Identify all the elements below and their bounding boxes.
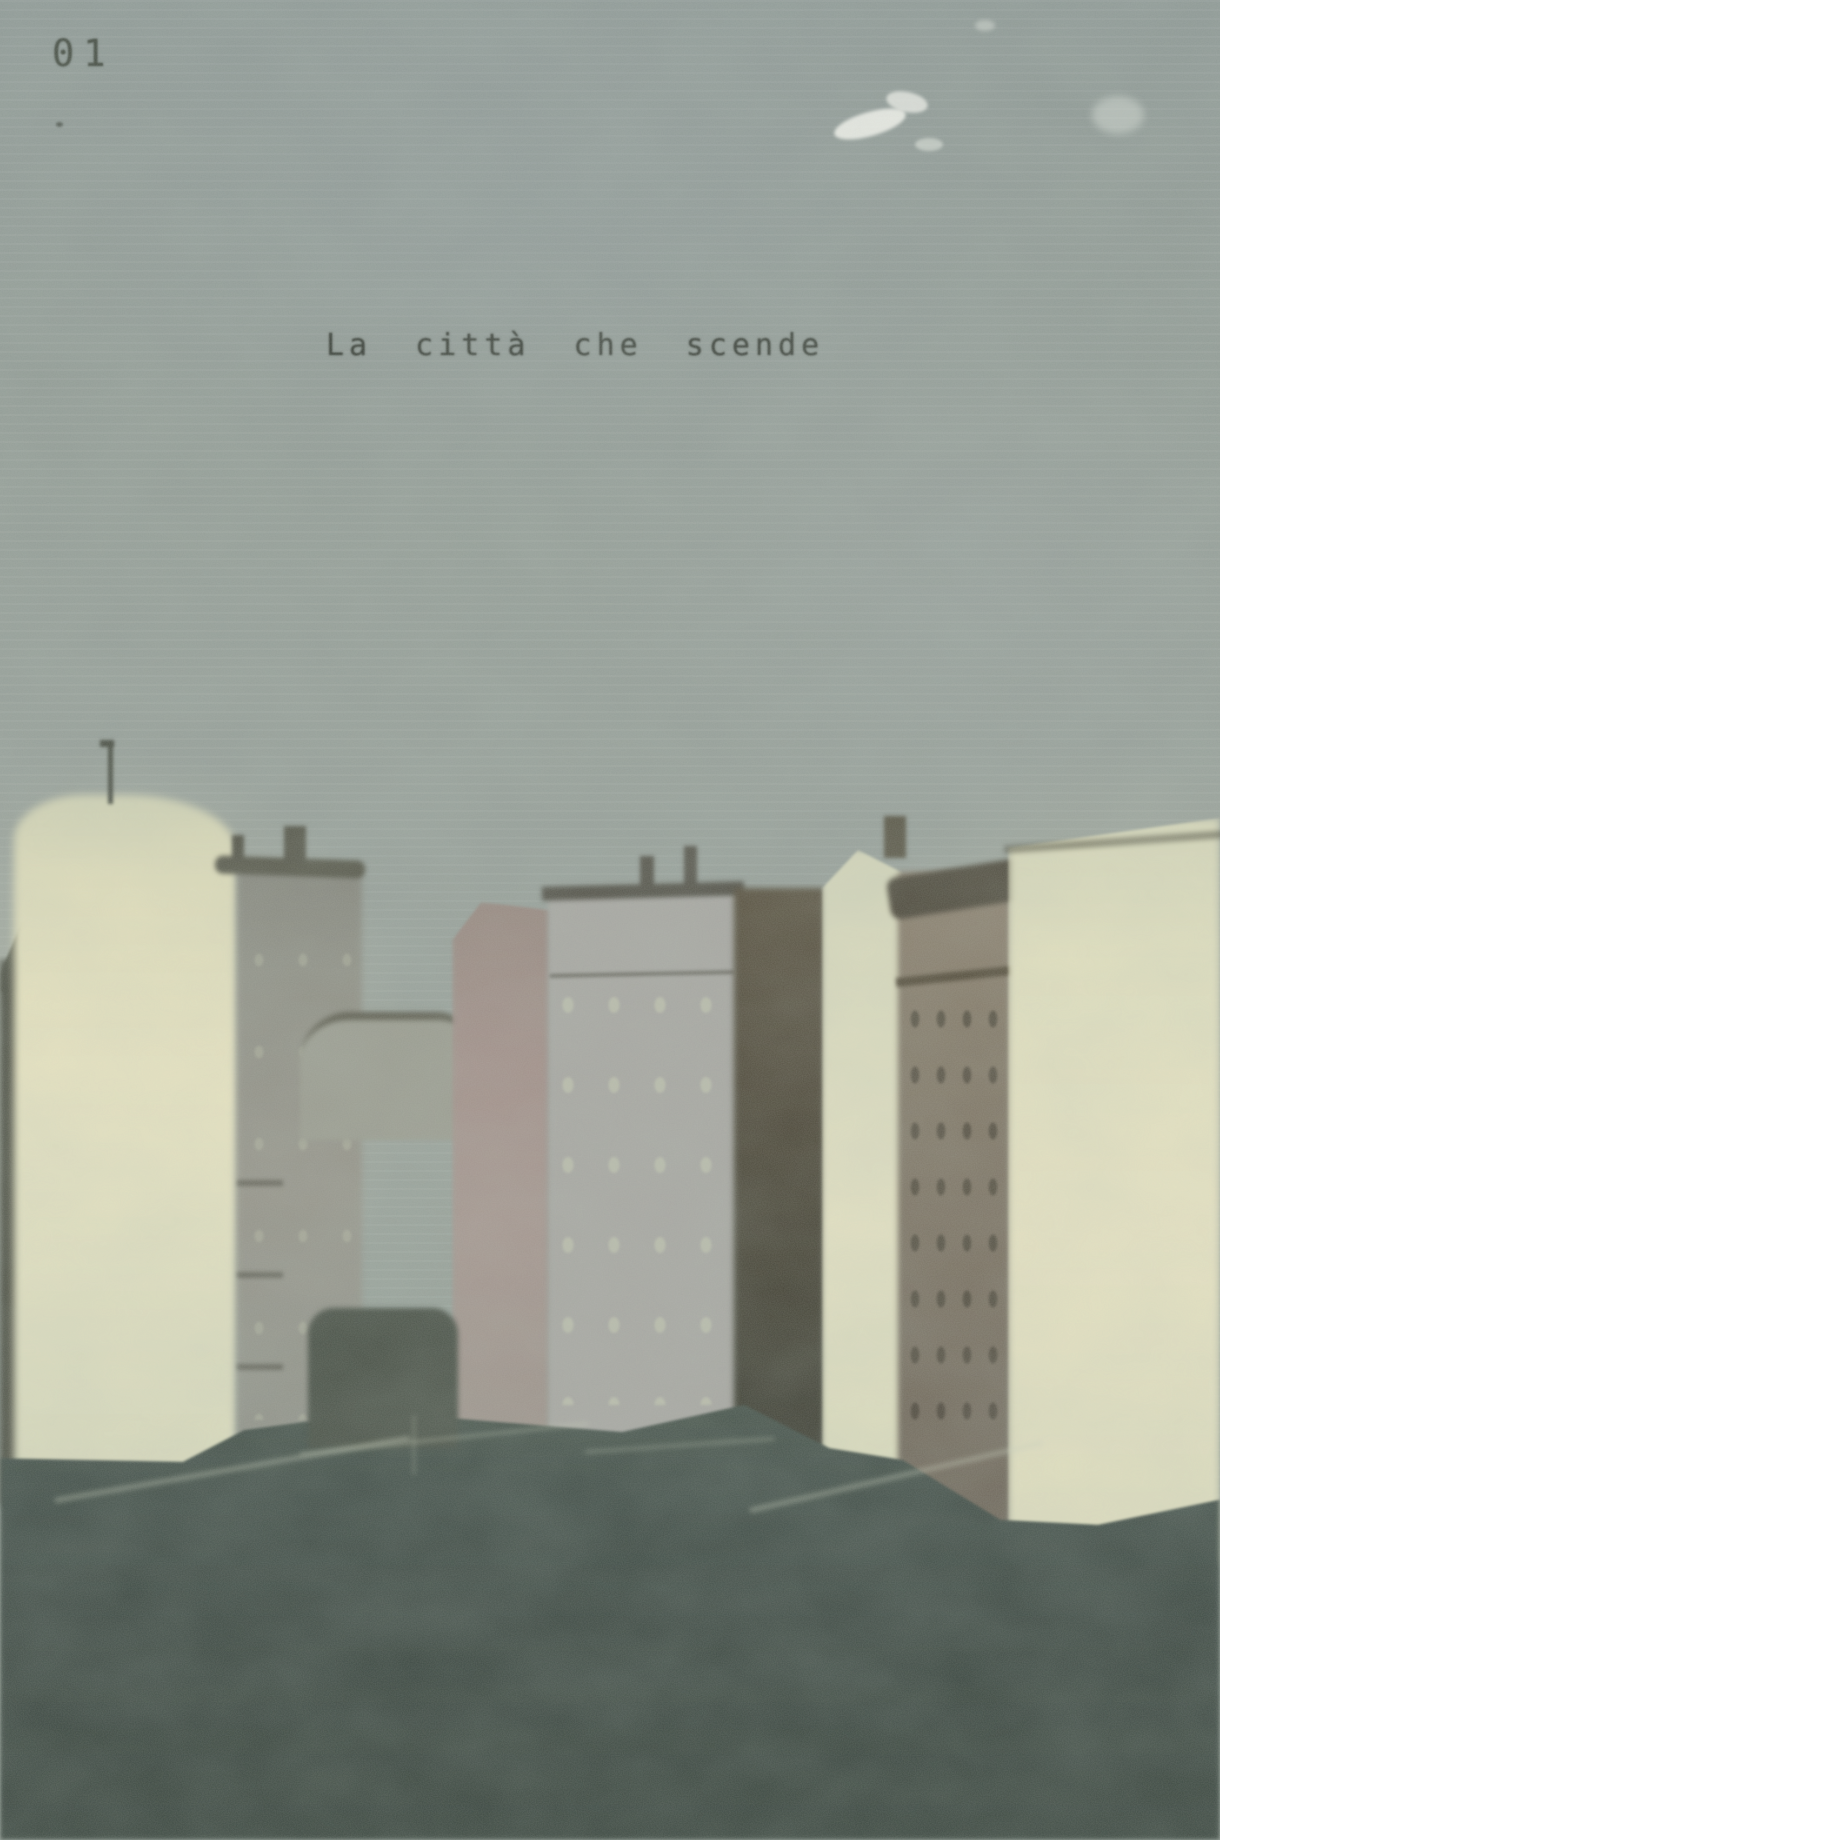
scanned-book-page: 01 La città che scende bbox=[0, 0, 1840, 1840]
white-scuff-mark bbox=[915, 138, 943, 151]
artwork-title: La città che scende bbox=[326, 328, 824, 363]
left-glowing-building bbox=[14, 795, 236, 1495]
dark-speck bbox=[56, 122, 63, 127]
second-building-chimney bbox=[232, 835, 244, 863]
dark-kiosk-structure bbox=[308, 1308, 458, 1448]
second-building-chimney-2 bbox=[284, 826, 306, 864]
white-scuff-mark bbox=[975, 20, 995, 31]
central-building-windows bbox=[552, 985, 732, 1405]
curb-mark bbox=[412, 1415, 416, 1475]
right-brown-building-windows bbox=[902, 995, 1006, 1445]
white-scuff-mark bbox=[1092, 96, 1144, 134]
gable-building-chimney bbox=[884, 816, 906, 858]
left-building-antenna-tip bbox=[100, 740, 114, 747]
city-scene bbox=[0, 0, 1220, 1840]
connecting-low-wall bbox=[300, 1012, 468, 1140]
central-building-side-face bbox=[452, 902, 550, 1450]
far-right-glowing-building bbox=[1008, 818, 1220, 1566]
shadowed-dark-building bbox=[734, 888, 824, 1473]
artwork-print: 01 La città che scende bbox=[0, 0, 1220, 1840]
second-building-sills bbox=[237, 1180, 283, 1450]
central-building-chimney-2 bbox=[684, 846, 697, 888]
page-number: 01 bbox=[52, 32, 115, 75]
white-right-margin bbox=[1220, 0, 1840, 1840]
central-building-chimney bbox=[640, 856, 654, 888]
left-building-antenna bbox=[108, 742, 113, 804]
pale-gable-building bbox=[822, 850, 902, 1490]
